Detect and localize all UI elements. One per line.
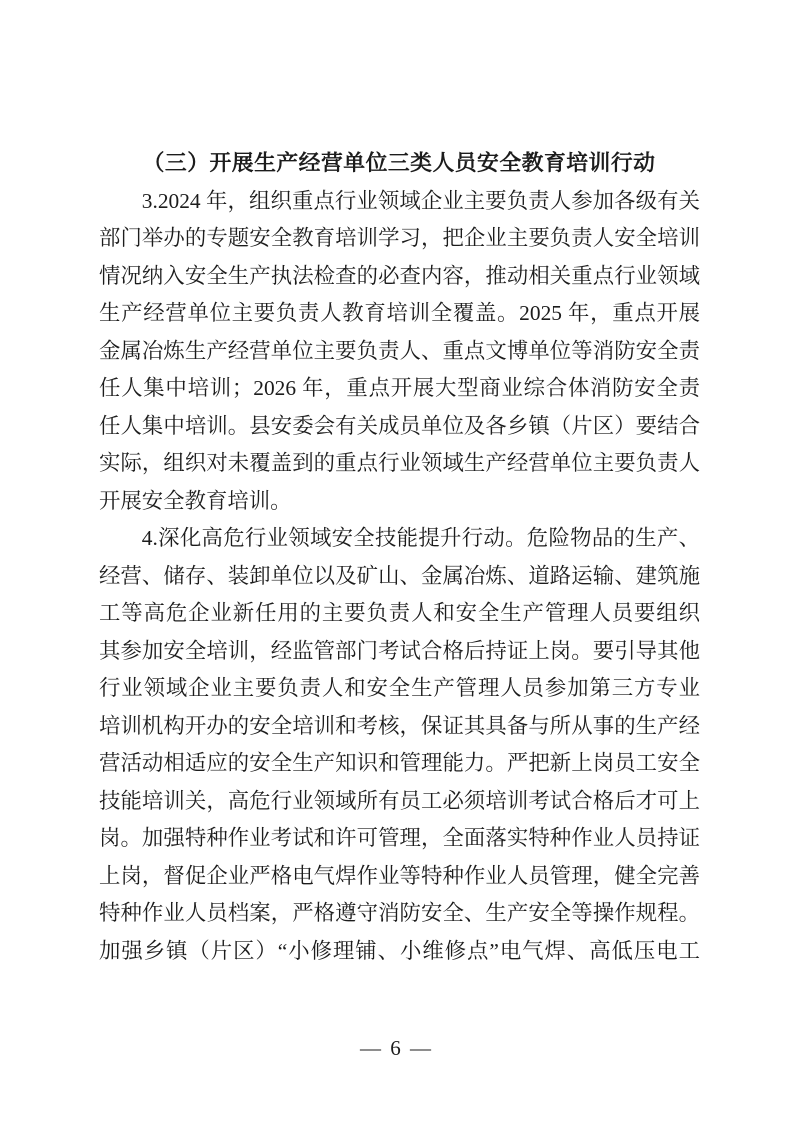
body-paragraphs: 3.2024 年，组织重点行业领域企业主要负责人参加各级有关部门举办的专题安全教… bbox=[99, 183, 700, 971]
section-heading: （三）开展生产经营单位三类人员安全教育培训行动 bbox=[99, 145, 700, 183]
body-line: 岗。加强特种作业考试和许可管理，全面落实特种作业人员持证 bbox=[99, 820, 700, 858]
document-content: （三）开展生产经营单位三类人员安全教育培训行动 3.2024 年，组织重点行业领… bbox=[99, 145, 700, 970]
body-line: 其参加安全培训，经监管部门考试合格后持证上岗。要引导其他 bbox=[99, 633, 700, 671]
paragraph: 4.深化高危行业领域安全技能提升行动。危险物品的生产、经营、储存、装卸单位以及矿… bbox=[99, 520, 700, 970]
body-line: 实际，组织对未覆盖到的重点行业领域生产经营单位主要负责人 bbox=[99, 445, 700, 483]
body-line: 上岗，督促企业严格电气焊作业等特种作业人员管理，健全完善 bbox=[99, 858, 700, 896]
body-line: 任人集中培训。县安委会有关成员单位及各乡镇（片区）要结合 bbox=[99, 408, 700, 446]
body-line: 技能培训关，高危行业领域所有员工必须培训考试合格后才可上 bbox=[99, 783, 700, 821]
body-line: 营活动相适应的安全生产知识和管理能力。严把新上岗员工安全 bbox=[99, 745, 700, 783]
page-number: — 6 — bbox=[0, 1033, 793, 1063]
paragraph: 3.2024 年，组织重点行业领域企业主要负责人参加各级有关部门举办的专题安全教… bbox=[99, 183, 700, 521]
body-line: 行业领域企业主要负责人和安全生产管理人员参加第三方专业 bbox=[99, 670, 700, 708]
body-line: 特种作业人员档案，严格遵守消防安全、生产安全等操作规程。 bbox=[99, 895, 700, 933]
body-line: 经营、储存、装卸单位以及矿山、金属冶炼、道路运输、建筑施 bbox=[99, 558, 700, 596]
body-line: 金属冶炼生产经营单位主要负责人、重点文博单位等消防安全责 bbox=[99, 333, 700, 371]
body-line: 加强乡镇（片区）“小修理铺、小维修点”电气焊、高低压电工 bbox=[99, 933, 700, 971]
body-line: 培训机构开办的安全培训和考核，保证其具备与所从事的生产经 bbox=[99, 708, 700, 746]
body-line: 工等高危企业新任用的主要负责人和安全生产管理人员要组织 bbox=[99, 595, 700, 633]
document-page: （三）开展生产经营单位三类人员安全教育培训行动 3.2024 年，组织重点行业领… bbox=[0, 0, 793, 1122]
body-line: 生产经营单位主要负责人教育培训全覆盖。2025 年，重点开展 bbox=[99, 295, 700, 333]
body-line: 3.2024 年，组织重点行业领域企业主要负责人参加各级有关 bbox=[99, 183, 700, 221]
body-line: 情况纳入安全生产执法检查的必查内容，推动相关重点行业领域 bbox=[99, 258, 700, 296]
body-line: 任人集中培训；2026 年，重点开展大型商业综合体消防安全责 bbox=[99, 370, 700, 408]
body-line: 4.深化高危行业领域安全技能提升行动。危险物品的生产、 bbox=[99, 520, 700, 558]
body-line: 开展安全教育培训。 bbox=[99, 483, 700, 521]
body-line: 部门举办的专题安全教育培训学习，把企业主要负责人安全培训 bbox=[99, 220, 700, 258]
